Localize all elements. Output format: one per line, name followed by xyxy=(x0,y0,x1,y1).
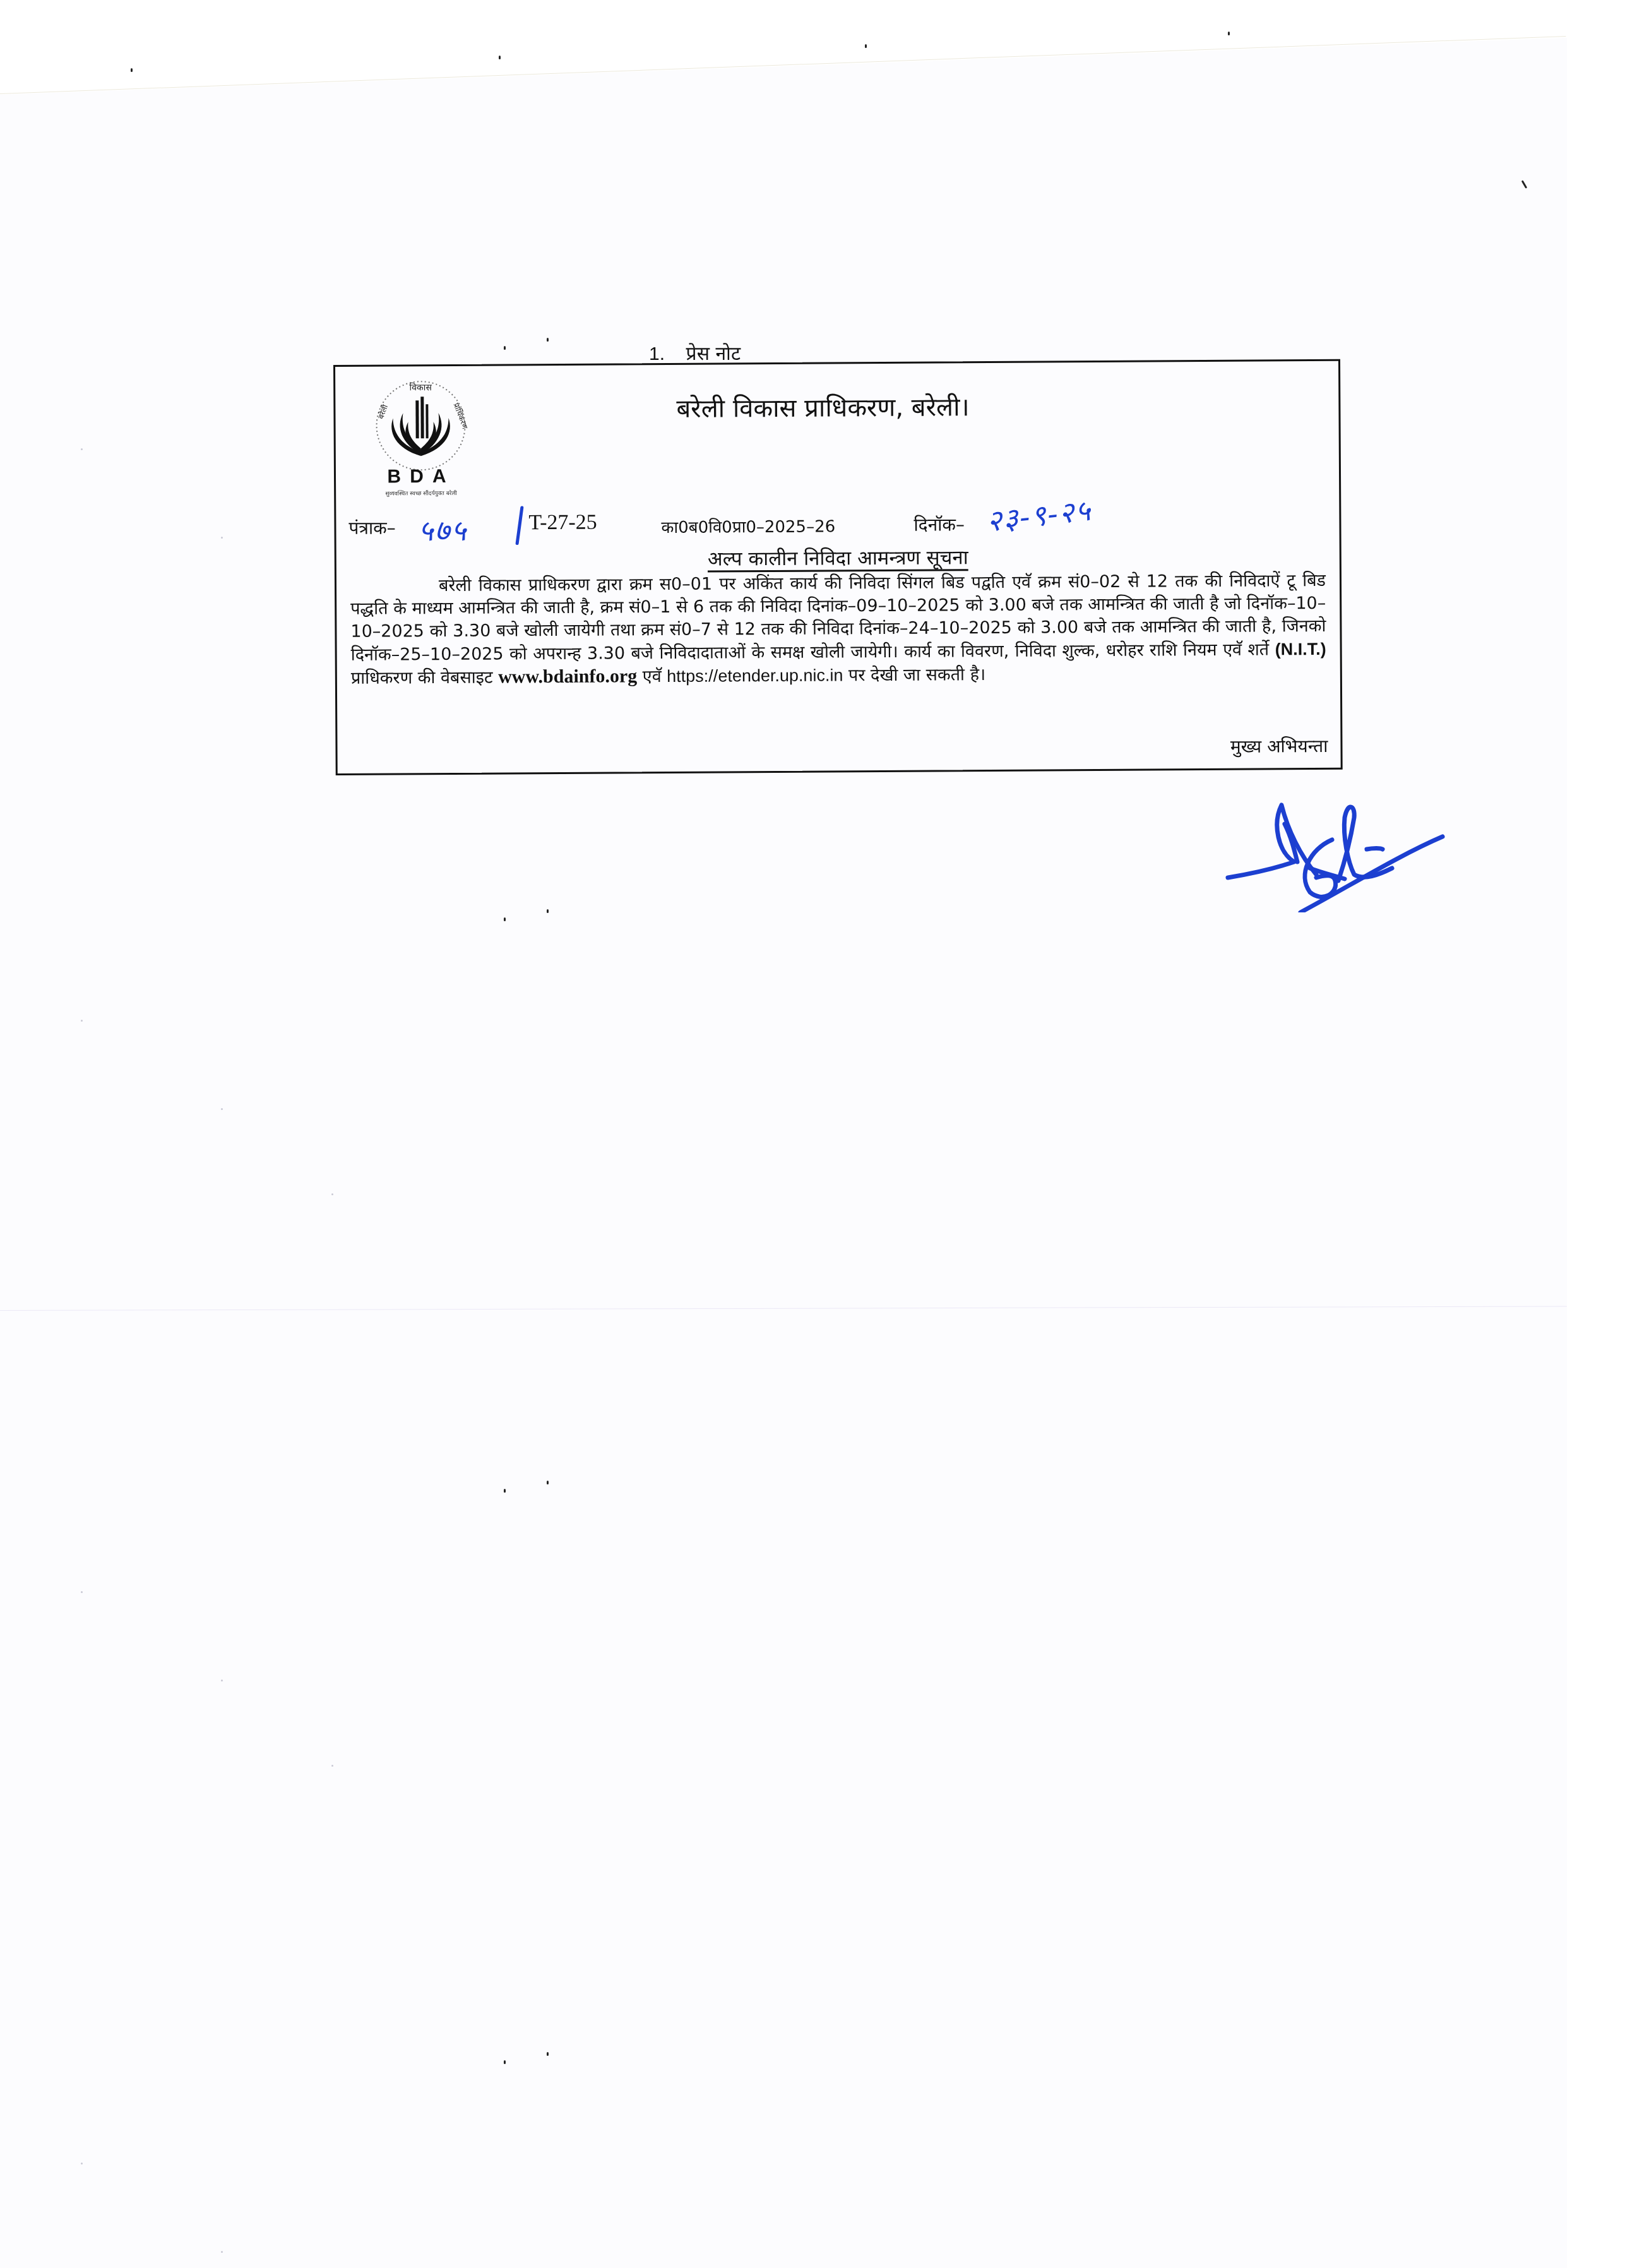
scan-speck xyxy=(547,2052,549,2056)
bda-emblem-icon: विकास बरेली प्राधिकरण BDA सुव्यवस्थित स्… xyxy=(357,374,484,501)
signature-graphic xyxy=(1222,786,1449,912)
scan-speck xyxy=(221,1108,223,1110)
scan-speck xyxy=(81,2163,83,2164)
scan-speck xyxy=(547,909,549,913)
scan-speck xyxy=(131,68,133,72)
notice-body: बरेली विकास प्राधिकरण द्वारा क्रम स0–01 … xyxy=(350,570,1326,690)
scan-speck xyxy=(81,1020,83,1022)
scan-speck xyxy=(81,448,83,450)
typed-reference-number: T-27-25 xyxy=(528,511,597,535)
body-text-part2: प्राधिकरण की वेबसाइट xyxy=(351,668,498,688)
svg-text:विकास: विकास xyxy=(410,382,432,393)
scan-speck xyxy=(504,1489,506,1493)
notice-heading: अल्प कालीन निविदा आमन्त्रण सूचना xyxy=(336,542,1340,574)
designation: मुख्य अभियन्ता xyxy=(1230,734,1328,758)
body-text-part4: पर देखी जा सकती है। xyxy=(843,665,985,685)
date-label: दिनॉक– xyxy=(913,512,965,536)
scan-speck xyxy=(1228,32,1230,35)
body-text-part3: एवॅ xyxy=(637,667,667,686)
handwritten-slash xyxy=(515,506,523,545)
press-note-label: प्रेस नोट xyxy=(686,343,741,365)
organization-title: बरेली विकास प्राधिकरण, बरेली। xyxy=(676,388,969,425)
scan-speck xyxy=(331,1765,333,1767)
bda-logo-graphic: विकास बरेली प्राधिकरण BDA सुव्यवस्थित स्… xyxy=(357,374,484,501)
handwritten-reference-number: ५७५ xyxy=(418,510,467,549)
scan-speck xyxy=(865,44,867,48)
scan-speck xyxy=(504,917,506,921)
handwritten-date: २३-९-२५ xyxy=(984,490,1093,540)
svg-text:बरेली: बरेली xyxy=(376,403,390,420)
press-note-number: 1. xyxy=(649,343,665,364)
scan-speck xyxy=(499,56,501,59)
svg-text:BDA: BDA xyxy=(387,466,455,487)
scan-speck xyxy=(221,2251,223,2253)
scan-speck xyxy=(504,346,506,350)
scan-speck xyxy=(547,1481,549,1484)
reference-label: पंत्राक– xyxy=(348,515,395,539)
office-code: का0ब0वि0प्रा0–2025–26 xyxy=(661,514,835,538)
scan-speck xyxy=(221,537,223,539)
scan-speck xyxy=(221,1680,223,1681)
scan-speck xyxy=(547,338,549,342)
reference-line: पंत्राक– ५७५ T-27-25 का0ब0वि0प्रा0–2025–… xyxy=(348,501,1327,545)
body-text-part1: बरेली विकास प्राधिकरण द्वारा क्रम स0–01 … xyxy=(350,571,1326,665)
press-note-header: 1. प्रेस नोट xyxy=(649,340,741,366)
etender-link[interactable]: https://etender.up.nic.in xyxy=(667,665,843,686)
svg-text:सुव्यवस्थित स्वच्छ सौंदर्ययुक्: सुव्यवस्थित स्वच्छ सौंदर्ययुक्त बरेली xyxy=(385,489,457,498)
scan-speck xyxy=(81,1591,83,1593)
scan-speck xyxy=(504,2060,506,2064)
handwritten-signature-icon xyxy=(1222,786,1449,912)
nit-abbreviation: (N.I.T.) xyxy=(1275,640,1326,659)
scanned-paper xyxy=(0,0,1567,2268)
scan-speck xyxy=(331,1193,333,1195)
website-link[interactable]: www.bdainfo.org xyxy=(498,665,637,687)
svg-text:प्राधिकरण: प्राधिकरण xyxy=(452,402,470,431)
tender-notice-box: विकास बरेली प्राधिकरण BDA सुव्यवस्थित स्… xyxy=(333,359,1343,775)
